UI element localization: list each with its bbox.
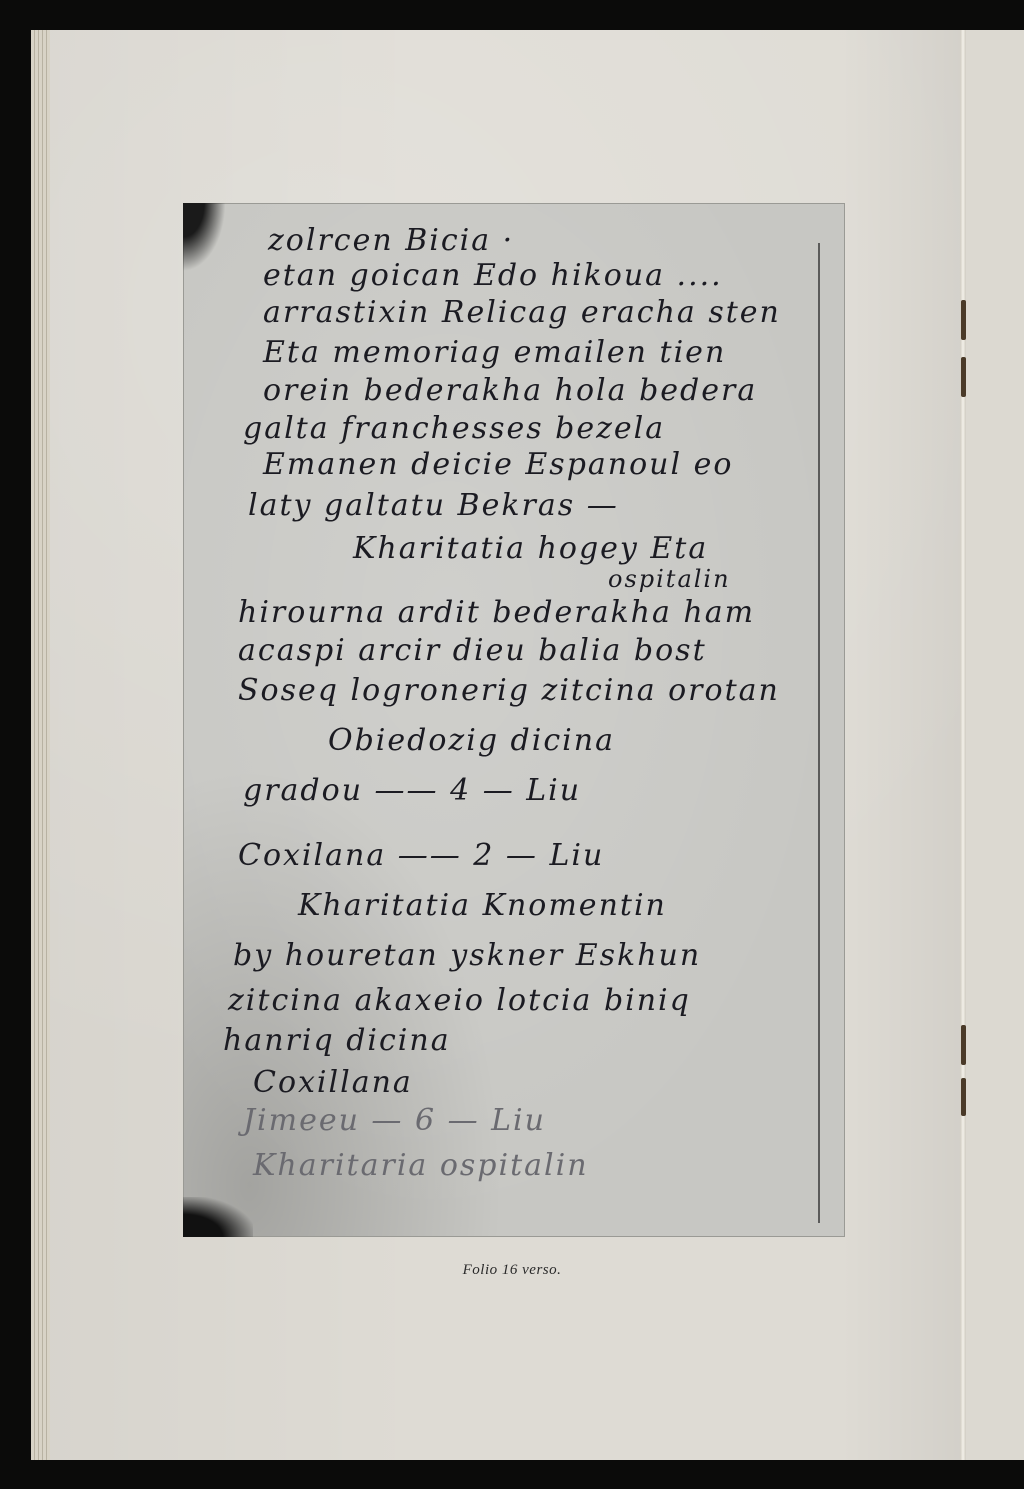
manuscript-line: gradou —— 4 — Liu: [243, 773, 581, 808]
manuscript-line: Kharitaria ospitalin: [253, 1148, 589, 1183]
manuscript-line: zitcina akaxeio lotcia biniq: [228, 983, 691, 1018]
margin-rule: [818, 243, 820, 1223]
manuscript-line: Coxillana: [253, 1065, 413, 1100]
manuscript-line: arrastixin Relicag eracha sten: [263, 295, 781, 330]
manuscript-line: hanriq dicina: [223, 1023, 451, 1058]
manuscript-line: Jimeeu — 6 — Liu: [243, 1103, 546, 1138]
figure-caption: Folio 16 verso.: [0, 1262, 1024, 1279]
manuscript-line: hirourna ardit bederakha ham: [238, 595, 755, 630]
manuscript-line: galta franchesses bezela: [243, 411, 665, 446]
manuscript-line: laty galtatu Bekras —: [248, 488, 619, 523]
manuscript-line: acaspi arcir dieu balia bost: [238, 633, 707, 668]
manuscript-line: zolrcen Bicia ·: [268, 223, 514, 258]
manuscript-line: etan goican Edo hikoua ....: [263, 258, 723, 293]
manuscript-line: Emanen deicie Espanoul eo: [263, 447, 733, 482]
plate-corner-shadow: [183, 203, 233, 283]
binding-gutter: [960, 30, 966, 1460]
manuscript-line: Coxilana —— 2 — Liu: [238, 838, 604, 873]
manuscript-line: Kharitatia Knomentin: [298, 888, 667, 923]
manuscript-plate: zolrcen Bicia · etan goican Edo hikoua .…: [183, 203, 845, 1237]
manuscript-line: ospitalin: [608, 565, 731, 593]
binding-stitch: [961, 1078, 966, 1116]
binding-stitch: [961, 1025, 966, 1065]
manuscript-line: Obiedozig dicina: [328, 723, 615, 758]
binding-stitch: [961, 300, 966, 340]
manuscript-line: Soseq logronerig zitcina orotan: [238, 673, 780, 708]
manuscript-line: orein bederakha hola bedera: [263, 373, 757, 408]
manuscript-line: by houretan yskner Eskhun: [233, 938, 701, 973]
manuscript-line: Kharitatia hogey Eta: [353, 531, 708, 566]
manuscript-line: Eta memoriag emailen tien: [263, 335, 726, 370]
plate-corner-shadow: [183, 1197, 253, 1237]
facing-page: [966, 30, 1024, 1460]
binding-stitch: [961, 357, 966, 397]
